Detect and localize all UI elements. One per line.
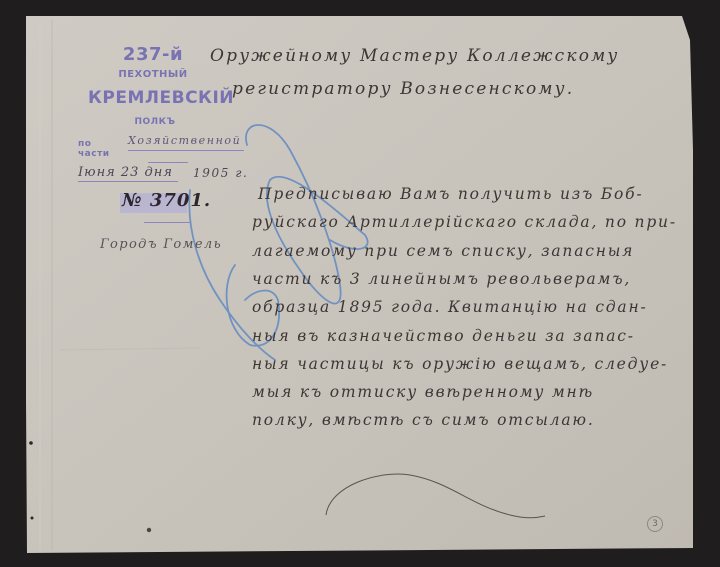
- stamp-date: Іюня 23 дня: [78, 165, 173, 180]
- body-line: образца 1895 года. Квитанцію на сдан-: [252, 298, 648, 316]
- stamp-regiment-name: КРЕМЛЕВСКІЙ: [88, 88, 234, 108]
- body-line: лагаемому при семъ списку, запасныя: [252, 242, 634, 260]
- stamp-department-value: Хозяйственной: [128, 134, 241, 147]
- number-underline: [144, 222, 190, 223]
- addressee-line-2: регистратору Вознесенскому.: [232, 79, 574, 99]
- stamp-regiment-label: ПОЛКЪ: [118, 117, 192, 127]
- body-line: руйскаго Артиллерійскаго склада, по при-: [252, 213, 677, 231]
- stamp-infantry-label: ПЕХОТНЫЙ: [100, 69, 206, 80]
- document-scan: 237-й ПЕХОТНЫЙ КРЕМЛЕВСКІЙ ПОЛКЪ по част…: [0, 0, 720, 567]
- addressee-line-1: Оружейному Мастеру Коллежскому: [210, 46, 620, 66]
- body-line: части къ 3 линейнымъ револьверамъ,: [252, 270, 631, 288]
- body-line: ныя частицы къ оружію вещамъ, следуе-: [252, 355, 668, 373]
- date-underline: [78, 181, 178, 182]
- stamp-underline: [128, 150, 244, 151]
- outgoing-number: № 3701.: [122, 190, 211, 211]
- city: Городъ Гомель: [100, 237, 222, 252]
- stamp-department-label: по части: [78, 139, 126, 159]
- body-line: ныя въ казначейство деньги за запас-: [252, 327, 635, 345]
- stamp-divider: [148, 162, 188, 163]
- stamp-year: 1905 г.: [193, 166, 248, 180]
- body-line: мыя къ оттиску ввѣренному мнѣ: [252, 383, 594, 401]
- stamp-regiment-number: 237-й: [118, 44, 188, 65]
- body-line: полку, вмѣстѣ съ симъ отсылаю.: [252, 411, 595, 429]
- page-number: 3: [647, 516, 663, 532]
- body-line: Предписываю Вамъ получить изъ Боб-: [258, 185, 643, 203]
